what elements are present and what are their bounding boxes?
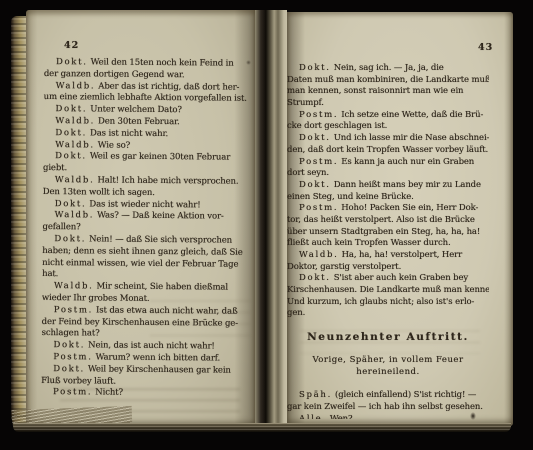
line-text: Und ich lasse mir die Nase abschnei- xyxy=(334,133,489,143)
line-text: Ist das etwa auch nicht wahr, daß xyxy=(96,305,238,316)
dialogue-line: gen. xyxy=(287,308,489,320)
speaker-name: Dokt. xyxy=(53,340,85,350)
speaker-name: Waldb. xyxy=(55,175,95,185)
line-text: Aber das ist richtig, daß dort her- xyxy=(98,81,239,92)
line-text: Neunzehnter Auftritt. xyxy=(307,331,469,343)
speaker-name: Dokt. xyxy=(55,199,87,209)
line-text: schlagen hat? xyxy=(42,328,100,339)
line-text: Den 30ten Februar. xyxy=(98,116,180,127)
line-text: gar kein Zweifel — ich hab ihn selbst ge… xyxy=(287,402,483,412)
dialogue-line: den, daß dort kein Tropfen Wasser vorbey… xyxy=(287,145,489,157)
dialogue-line: Doktor, garstig verstolpert. xyxy=(287,262,489,274)
line-text: Mir scheint, Sie haben dießmal xyxy=(97,282,228,293)
line-text: Fluß vorbey läuft. xyxy=(41,376,116,387)
line-text: Nein! — daß Sie sich versprochen xyxy=(89,234,232,245)
dialogue-line: dort seyn. xyxy=(287,168,489,180)
line-text: man kennen, sonst raisonnirt man wie ein xyxy=(287,86,463,96)
dialogue-line: einen Steg, und keine Brücke. xyxy=(287,192,489,204)
speaker-name: Postm. xyxy=(299,157,338,167)
dialogue-line: Kirschenhausen. Die Landkarte muß man ke… xyxy=(287,285,489,297)
dialogue-line: Postm.Hoho! Packen Sie ein, Herr Dok- xyxy=(287,203,489,215)
dialogue-line: Und kurzum, ich glaubs nicht; also ist's… xyxy=(287,297,489,309)
line-text: Ha, ha, ha! verstolpert, Herr xyxy=(342,250,462,260)
speaker-name: Dokt. xyxy=(299,63,331,73)
line-text: über unsern Stadtgraben ein Steg, ha, ha… xyxy=(287,227,480,237)
dialogue-line: Späh.(gleich einfallend) S'ist richtig! … xyxy=(287,390,489,402)
line-text: Das ist wieder nicht wahr! xyxy=(89,199,200,210)
line-text: Wie so? xyxy=(98,140,130,150)
line-text: gen. xyxy=(287,308,305,318)
line-text: nicht einmal wissen, wie viel der Februa… xyxy=(42,258,238,270)
speaker-name: Dokt. xyxy=(56,57,88,67)
dialogue-line: Vorige, Späher, in vollem Feuer xyxy=(287,355,489,367)
line-text: Nein, sag ich. — Ja, ja, die xyxy=(334,63,444,73)
speaker-name: Postm. xyxy=(53,387,92,397)
line-text: Wen? xyxy=(330,414,353,419)
line-text: gefallen? xyxy=(42,222,80,232)
speaker-name: Dokt. xyxy=(54,234,86,244)
line-text: einen Steg, und keine Brücke. xyxy=(287,192,414,202)
dialogue-line xyxy=(287,379,489,391)
speaker-name: Waldb. xyxy=(54,281,94,291)
dialogue-line: über unsern Stadtgraben ein Steg, ha, ha… xyxy=(287,227,489,239)
line-text: dort seyn. xyxy=(287,168,329,178)
line-text: der Feind bey Kirschenhausen eine Brücke… xyxy=(42,317,238,329)
line-text: Was? — Daß keine Aktion vor- xyxy=(97,211,224,222)
line-text: um eine ziemlich lebhafte Aktion vorgefa… xyxy=(44,92,247,104)
line-text: Das ist nicht wahr. xyxy=(90,128,168,139)
speaker-name: Dokt. xyxy=(299,133,331,143)
speaker-name: Postm. xyxy=(299,203,338,213)
line-text: Nein, das ist auch nicht wahr! xyxy=(88,341,215,352)
speaker-name: Dokt. xyxy=(56,104,88,114)
dialogue-line: cke dort geschlagen ist. xyxy=(287,121,489,133)
line-text: Weil den 15ten noch kein Feind in xyxy=(91,57,234,68)
line-text: Weil es gar keinen 30ten Februar xyxy=(90,152,230,163)
line-text: Weil bey Kirschenhausen gar kein xyxy=(88,364,231,375)
line-text: Strumpf. xyxy=(287,98,324,108)
dialogue-line: Dokt.Dann heißt mans bey mir zu Lande xyxy=(287,180,489,192)
left-page-text: Dokt.Weil den 15ten noch kein Feind inde… xyxy=(41,57,251,415)
speaker-name: Postm. xyxy=(54,305,93,315)
dialogue-line: Dokt.Weil es gar keinen 30ten Februar xyxy=(43,151,250,165)
dialogue-line: fließt auch kein Tropfen Wasser durch. xyxy=(287,238,489,250)
speaker-name: Waldb. xyxy=(55,210,95,220)
speaker-name: Waldb. xyxy=(299,250,339,260)
speaker-name: Postm. xyxy=(53,352,92,362)
dialogue-line: tor, das heißt verstolpert. Also ist die… xyxy=(287,215,489,227)
dialogue-line xyxy=(287,344,489,356)
dialogue-line: Dokt.Nein, sag ich. — Ja, ja, die xyxy=(287,63,489,75)
dialogue-line: Strumpf. xyxy=(287,98,489,110)
dialogue-line: nicht einmal wissen, wie viel der Februa… xyxy=(42,258,249,272)
speaker-name: Postm. xyxy=(299,110,338,120)
line-text: S'ist aber auch kein Graben bey xyxy=(334,273,468,283)
line-text: der ganzen dortigen Gegend war. xyxy=(44,69,185,80)
line-text: Kirschenhausen. Die Landkarte muß man ke… xyxy=(287,285,489,295)
line-text: haben; denn es sieht ihnen ganz gleich, … xyxy=(42,246,242,258)
page-block-bottom-edge xyxy=(13,423,511,432)
right-page-text: Dokt.Nein, sag ich. — Ja, ja, dieDaten m… xyxy=(287,63,489,419)
page-number-right: 43 xyxy=(478,42,493,53)
page-number-left: 42 xyxy=(64,40,79,51)
book-scan-photo: 42 43 Dokt.Weil den 15ten noch kein Fein… xyxy=(0,0,533,450)
line-text: Und kurzum, ich glaubs nicht; also ist's… xyxy=(287,297,474,307)
dialogue-line: Dokt.Und ich lasse mir die Nase abschnei… xyxy=(287,133,489,145)
speaker-name: Dokt. xyxy=(299,273,331,283)
dialogue-line: Postm.Es kann ja auch nur ein Graben xyxy=(287,157,489,169)
speaker-name: Dokt. xyxy=(299,180,331,190)
line-text: Dann heißt mans bey mir zu Lande xyxy=(334,180,481,190)
speaker-name: Dokt. xyxy=(53,364,85,374)
line-text: cke dort geschlagen ist. xyxy=(287,121,387,131)
line-text: hat. xyxy=(42,269,58,279)
line-text: fließt auch kein Tropfen Wasser durch. xyxy=(287,238,451,248)
dialogue-line: Dokt.S'ist aber auch kein Graben bey xyxy=(287,273,489,285)
line-text: Warum? wenn ich bitten darf. xyxy=(96,352,221,363)
line-text: den, daß dort kein Tropfen Wasser vorbey… xyxy=(287,145,488,155)
scene-heading: Neunzehnter Auftritt. xyxy=(287,332,489,344)
speaker-name: Waldb. xyxy=(56,81,96,91)
line-text: Ich setze eine Wette, daß die Brü- xyxy=(341,110,483,120)
dialogue-line: Daten muß man kombiniren, die Landkarte … xyxy=(287,75,489,87)
speaker-name: Dokt. xyxy=(55,151,87,161)
dialogue-line: Alle.Wen? xyxy=(287,414,489,419)
line-text: Hoho! Packen Sie ein, Herr Dok- xyxy=(341,203,478,213)
line-text: Unter welchem Dato? xyxy=(90,105,182,116)
dialogue-line: Waldb.Ha, ha, ha! verstolpert, Herr xyxy=(287,250,489,262)
line-text: Nicht? xyxy=(95,388,123,398)
line-text: tor, das heißt verstolpert. Also ist die… xyxy=(287,215,475,225)
line-text: (gleich einfallend) S'ist richtig! — xyxy=(335,390,476,400)
line-text: giebt. xyxy=(43,163,67,173)
dialogue-line: Postm.Ich setze eine Wette, daß die Brü- xyxy=(287,110,489,122)
dialogue-line: hereineilend. xyxy=(287,367,489,379)
dialogue-line: man kennen, sonst raisonnirt man wie ein xyxy=(287,86,489,98)
speaker-name: Waldb. xyxy=(55,140,95,150)
line-text: Doktor, garstig verstolpert. xyxy=(287,262,401,272)
line-text: Vorige, Späher, in vollem Feuer xyxy=(312,355,463,365)
line-text: Den 13ten wollt ich sagen. xyxy=(43,187,155,198)
line-text: Es kann ja auch nur ein Graben xyxy=(341,157,474,167)
dialogue-line: gar kein Zweifel — ich hab ihn selbst ge… xyxy=(287,402,489,414)
speaker-name: Waldb. xyxy=(55,116,95,126)
dialogue-line: Postm.Nicht? xyxy=(41,387,248,401)
line-text: wieder Ihr grobes Monat. xyxy=(42,293,150,304)
book-gutter-binding xyxy=(255,10,287,428)
speaker-name: Alle. xyxy=(299,414,327,419)
speaker-name: Dokt. xyxy=(55,128,87,138)
line-text: Daten muß man kombiniren, die Landkarte … xyxy=(287,75,489,85)
line-text: hereineilend. xyxy=(356,367,419,377)
line-text: Halt! Ich habe mich versprochen. xyxy=(97,175,238,186)
speaker-name: Späh. xyxy=(299,390,332,400)
